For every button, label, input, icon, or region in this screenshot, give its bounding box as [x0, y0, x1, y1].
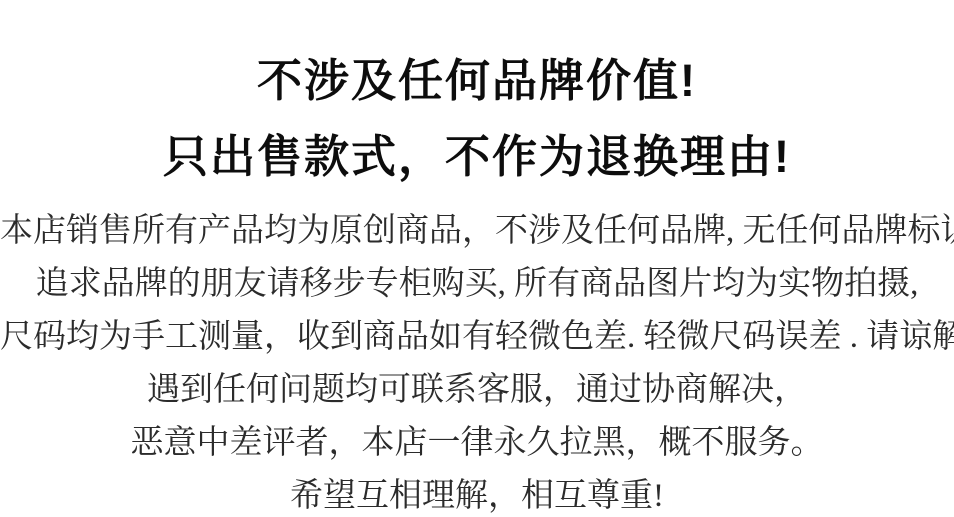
disclaimer-heading-no-brand-value: 不涉及任何品牌价值!	[0, 0, 954, 103]
disclaimer-line-measurement-tolerance: 尺码均为手工测量，收到商品如有轻微色差. 轻微尺码误差 . 请谅解!	[0, 311, 954, 364]
disclaimer-body: 本店销售所有产品均为原创商品，不涉及任何品牌, 无任何品牌标识, 追求品牌的朋友…	[0, 205, 954, 517]
disclaimer-heading-style-only: 只出售款式，不作为退换理由!	[0, 134, 954, 179]
disclaimer-line-bad-review-policy: 恶意中差评者，本店一律永久拉黑，概不服务。	[0, 417, 954, 470]
disclaimer-line-brand-seekers: 追求品牌的朋友请移步专柜购买, 所有商品图片均为实物拍摄,	[0, 258, 954, 311]
store-disclaimer-banner: 不涉及任何品牌价值! 只出售款式，不作为退换理由! 本店销售所有产品均为原创商品…	[0, 0, 954, 517]
disclaimer-line-mutual-respect: 希望互相理解，相互尊重!	[0, 470, 954, 517]
disclaimer-line-contact-service: 遇到任何问题均可联系客服，通过协商解决，	[0, 364, 954, 417]
disclaimer-line-original-products: 本店销售所有产品均为原创商品，不涉及任何品牌, 无任何品牌标识,	[0, 205, 954, 258]
